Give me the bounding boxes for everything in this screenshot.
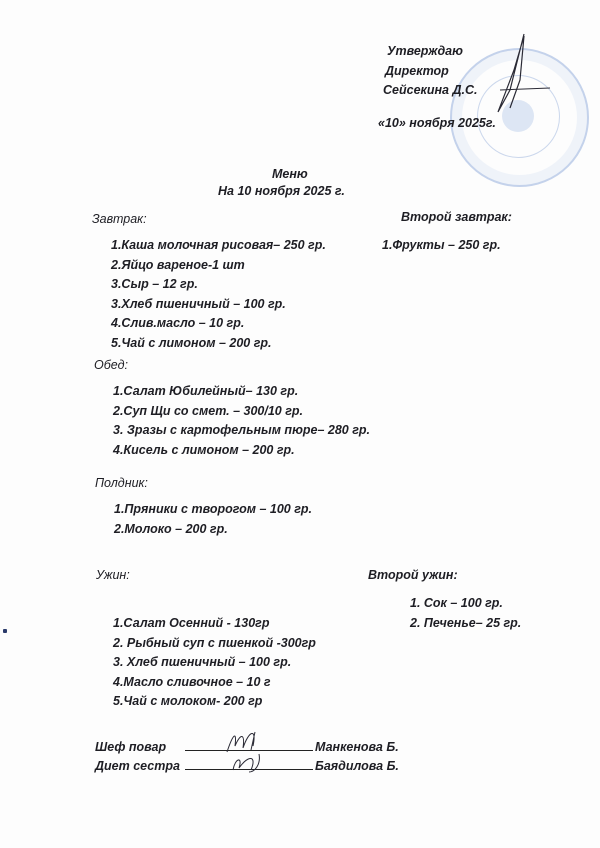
second-dinner-list: 1. Сок – 100 гр. 2. Печенье– 25 гр. — [410, 594, 521, 633]
list-item: 3.Сыр – 12 гр. — [111, 275, 326, 295]
approval-position: Директор — [385, 64, 449, 78]
list-item: 1. Сок – 100 гр. — [410, 594, 521, 614]
list-item: 2.Суп Щи со смет. – 300/10 гр. — [113, 402, 370, 422]
lunch-label: Обед: — [94, 358, 128, 372]
signature-role: Шеф повар — [95, 738, 183, 757]
list-item: 1.Пряники с творогом – 100 гр. — [114, 500, 312, 520]
lunch-list: 1.Салат Юбилейный– 130 гр. 2.Суп Щи со с… — [113, 382, 370, 460]
list-item: 2. Рыбный суп с пшенкой -300гр — [113, 634, 316, 654]
dinner-label: Ужин: — [96, 568, 130, 582]
list-item: 3.Хлеб пшеничный – 100 гр. — [111, 295, 326, 315]
breakfast-label: Завтрак: — [92, 212, 147, 226]
second-dinner-label: Второй ужин: — [368, 568, 458, 582]
signature-name: Баядилова Б. — [315, 759, 399, 773]
dinner-list: 1.Салат Осенний - 130гр 2. Рыбный суп с … — [113, 614, 316, 712]
breakfast-list: 1.Каша молочная рисовая– 250 гр. 2.Яйцо … — [111, 236, 326, 353]
list-item: 1.Каша молочная рисовая– 250 гр. — [111, 236, 326, 256]
list-item: 2.Молоко – 200 гр. — [114, 520, 312, 540]
approval-date: «10» ноября 2025г. — [378, 116, 496, 130]
chef-signature-icon — [215, 724, 285, 774]
scan-mark — [3, 629, 7, 633]
list-item: 2.Яйцо вареное-1 шт — [111, 256, 326, 276]
list-item: 1.Салат Осенний - 130гр — [113, 614, 316, 634]
list-item: 4.Слив.масло – 10 гр. — [111, 314, 326, 334]
snack-list: 1.Пряники с творогом – 100 гр. 2.Молоко … — [114, 500, 312, 539]
list-item: 3. Хлеб пшеничный – 100 гр. — [113, 653, 316, 673]
list-item: 5.Чай с лимоном – 200 гр. — [111, 334, 326, 354]
approval-approve: Утверждаю — [387, 44, 463, 58]
second-breakfast-label: Второй завтрак: — [401, 210, 512, 224]
snack-label: Полдник: — [95, 476, 148, 490]
list-item: 3. Зразы с картофельным пюре– 280 гр. — [113, 421, 370, 441]
approval-name: Сейсекина Д.С. — [383, 83, 477, 97]
list-item: 1.Фрукты – 250 гр. — [382, 236, 501, 256]
list-item: 4.Кисель с лимоном – 200 гр. — [113, 441, 370, 461]
page-title: Меню — [272, 167, 308, 181]
signature-name: Манкенова Б. — [315, 740, 399, 754]
list-item: 5.Чай с молоком- 200 гр — [113, 692, 316, 712]
page-subtitle: На 10 ноября 2025 г. — [218, 184, 345, 198]
second-breakfast-list: 1.Фрукты – 250 гр. — [382, 236, 501, 256]
signature-role: Диет сестра — [95, 757, 183, 776]
list-item: 2. Печенье– 25 гр. — [410, 614, 521, 634]
list-item: 4.Масло сливочное – 10 г — [113, 673, 316, 693]
list-item: 1.Салат Юбилейный– 130 гр. — [113, 382, 370, 402]
